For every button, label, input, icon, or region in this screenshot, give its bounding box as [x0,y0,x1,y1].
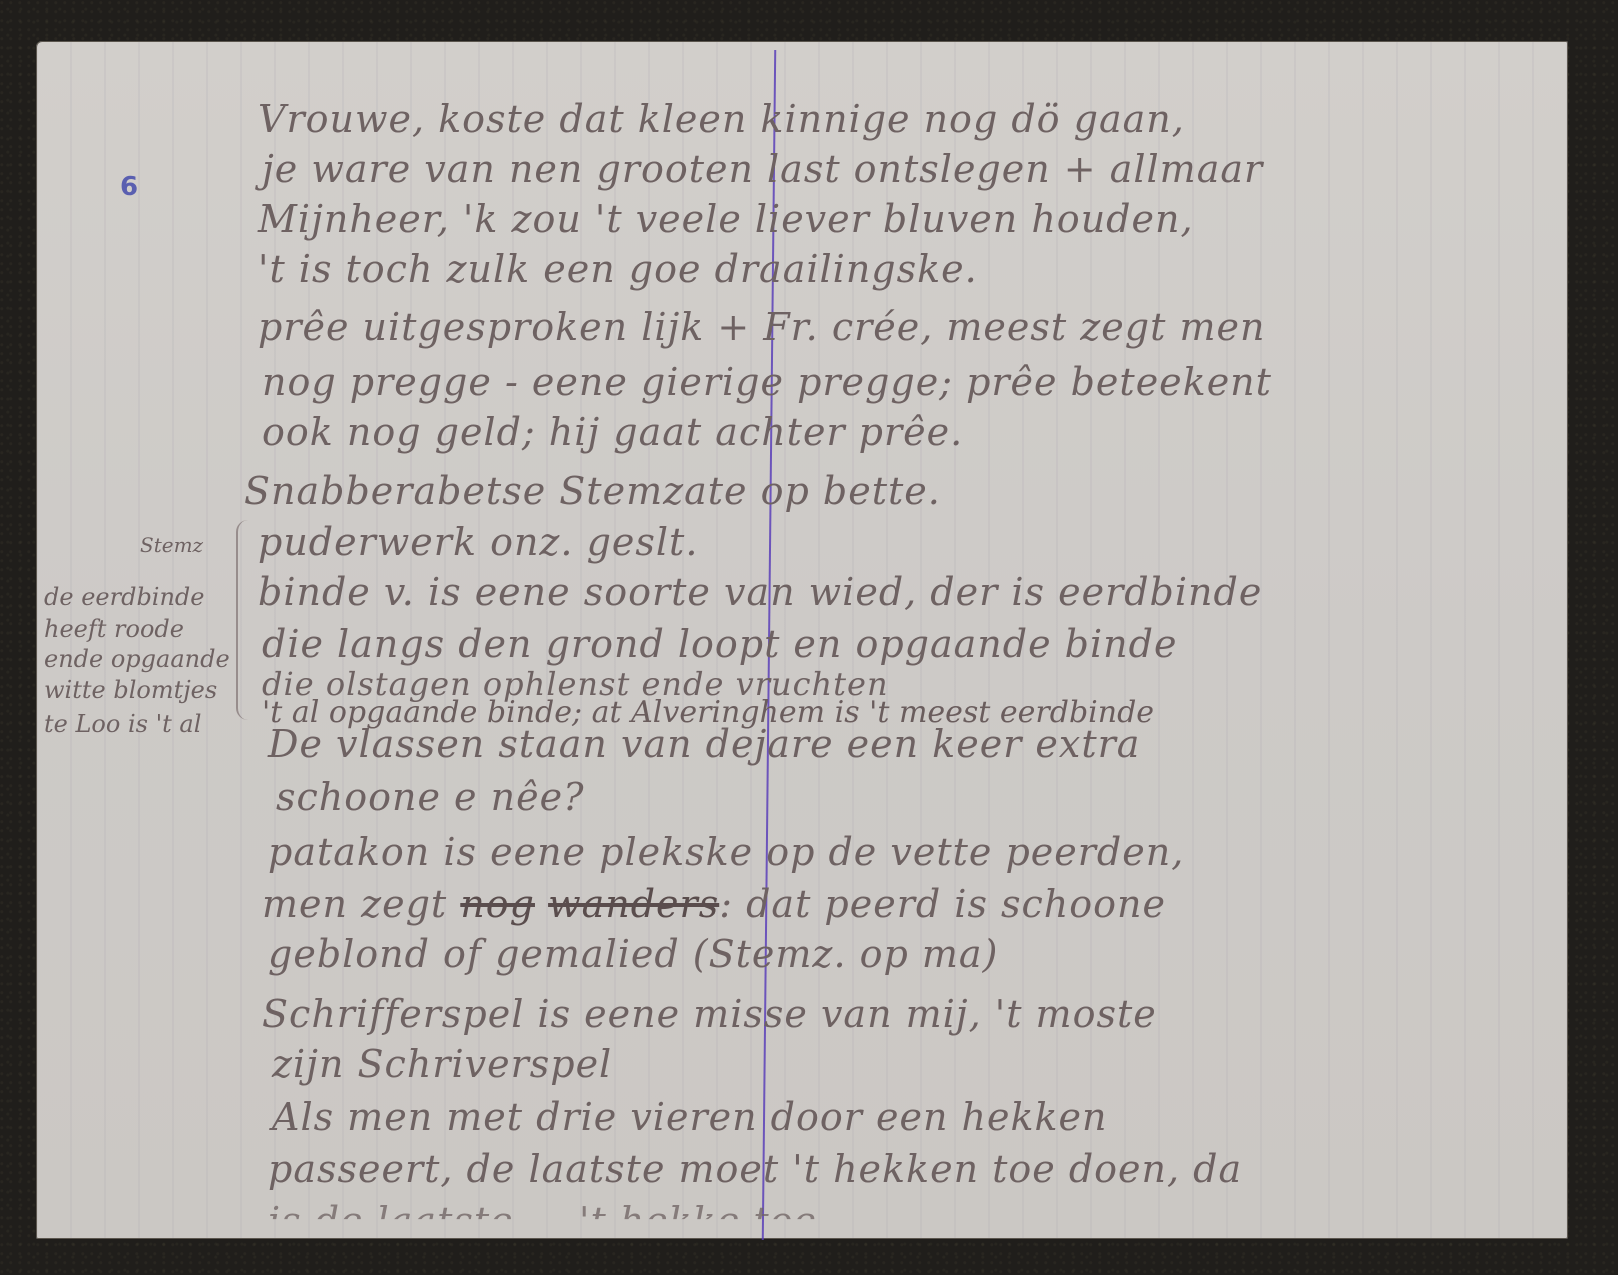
manuscript-line: patakon is eene plekske op de vette peer… [268,833,1184,871]
margin-note: de eerdbinde [44,585,205,609]
manuscript-line: zijn Schriverspel [272,1045,612,1083]
line-segment: : dat peerd is schoone [719,882,1166,926]
deleted-word: wanders [548,882,719,926]
manuscript-line: puderwerk onz. geslt. [258,523,698,561]
margin-note: heeft roode [44,617,184,641]
manuscript-line: schoone e nêe? [276,778,584,816]
manuscript-line: prêe uitgesproken lijk + Fr. crée, meest… [258,308,1265,346]
manuscript-line: Schrifferspel is eene misse van mij, 't … [262,995,1157,1033]
manuscript-line: geblond of gemalied (Stemz. op ma) [268,935,998,973]
margin-note: Stemz [140,535,203,555]
manuscript-line: De vlassen staan van dejare een keer ext… [268,725,1140,763]
manuscript-line-with-deletion: men zegt nog wanders: dat peerd is schoo… [262,885,1166,923]
manuscript-line: Als men met drie vieren door een hekken [272,1098,1107,1136]
manuscript-line: Snabberabetse Stemzate op bette. [244,472,941,510]
manuscript-line: passeert, de laatste moet 't hekken toe … [268,1150,1242,1188]
manuscript-line: Mijnheer, 'k zou 't veele liever bluven … [258,200,1194,238]
margin-note: witte blomtjes [44,678,217,702]
manuscript-line: Vrouwe, koste dat kleen kinnige nog dö g… [258,100,1185,138]
manuscript-line: 't is toch zulk een goe draailingske. [258,250,978,288]
deleted-word: nog [460,882,535,926]
margin-note: te Loo is 't al [44,712,201,736]
margin-bracket [236,520,258,720]
manuscript-line: nog pregge - eene gierige pregge; prêe b… [262,363,1272,401]
manuscript-line: die langs den grond loopt en opgaande bi… [262,625,1177,663]
line-segment: men zegt [262,882,447,926]
manuscript-line: je ware van nen grooten last ontslegen +… [262,150,1263,188]
manuscript-line: ook nog geld; hij gaat achter prêe. [262,413,963,451]
page-number: 6 [120,172,138,202]
manuscript-line: binde v. is eene soorte van wied, der is… [258,573,1262,611]
margin-note: ende opgaande [44,647,230,671]
